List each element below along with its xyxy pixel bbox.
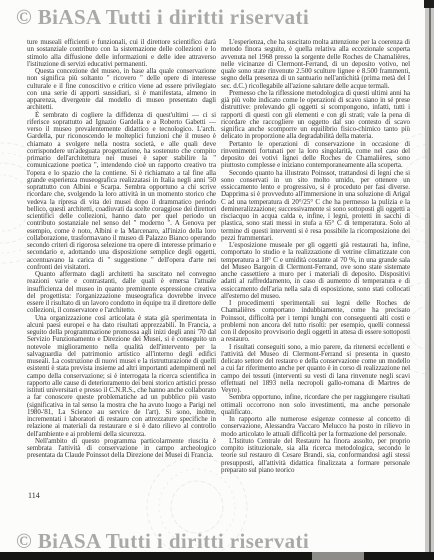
text-paragraph: Premesso che la riflessione metodologica… [221,90,410,141]
text-paragraph: L'Istituto Centrale del Restauro ha fino… [221,438,410,474]
scan-right-edge-line [429,0,431,560]
text-paragraph: Quanto affermato dagli architetti ha sus… [27,271,216,315]
text-paragraph: Nell'ambito di questo programma particol… [27,438,216,460]
scan-bottom-bar [0,552,434,560]
copyright-watermark-bottom: © BiASA Tutti i diritti riservati [16,529,309,554]
text-paragraph: Una organizzazione così articolata è sta… [27,315,216,438]
text-paragraph: I risultati conseguiti sono, a mio parer… [221,344,410,395]
text-paragraph: Pertanto le operazioni di conservazione … [221,141,410,170]
scan-corner-blotch [424,0,434,8]
text-paragraph: L'esperienza, che ha suscitato molta att… [221,39,410,90]
scanned-page: © BiASA Tutti i diritti riservati © BiAS… [0,0,434,560]
text-paragraph: I procedimenti sperimentali sui legni de… [221,300,410,344]
text-paragraph: È sembrato di cogliere la diffidenza di … [27,112,216,272]
text-paragraph: Questa concezione del museo, in base all… [27,68,216,112]
text-paragraph: In rapporto alle numerose esigenze conne… [221,416,410,438]
copyright-watermark-top: © BiASA Tutti i diritti riservati [16,5,309,30]
text-paragraph: ture museali efficienti e funzionali, cu… [27,39,216,68]
text-paragraph: Sembra opportuno, infine, ricordare che … [221,394,410,416]
text-column-right: L'esperienza, che ha suscitato molta att… [221,39,410,474]
text-paragraph: L'esposizione museale per gli oggetti gi… [221,242,410,300]
page-number: 114 [28,491,40,500]
scan-bottom-bar-gray-segment [312,552,364,560]
text-column-left: ture museali efficienti e funzionali, cu… [27,39,216,460]
text-paragraph: Secondo quanto ha illustrato Poinssot, t… [221,170,410,243]
